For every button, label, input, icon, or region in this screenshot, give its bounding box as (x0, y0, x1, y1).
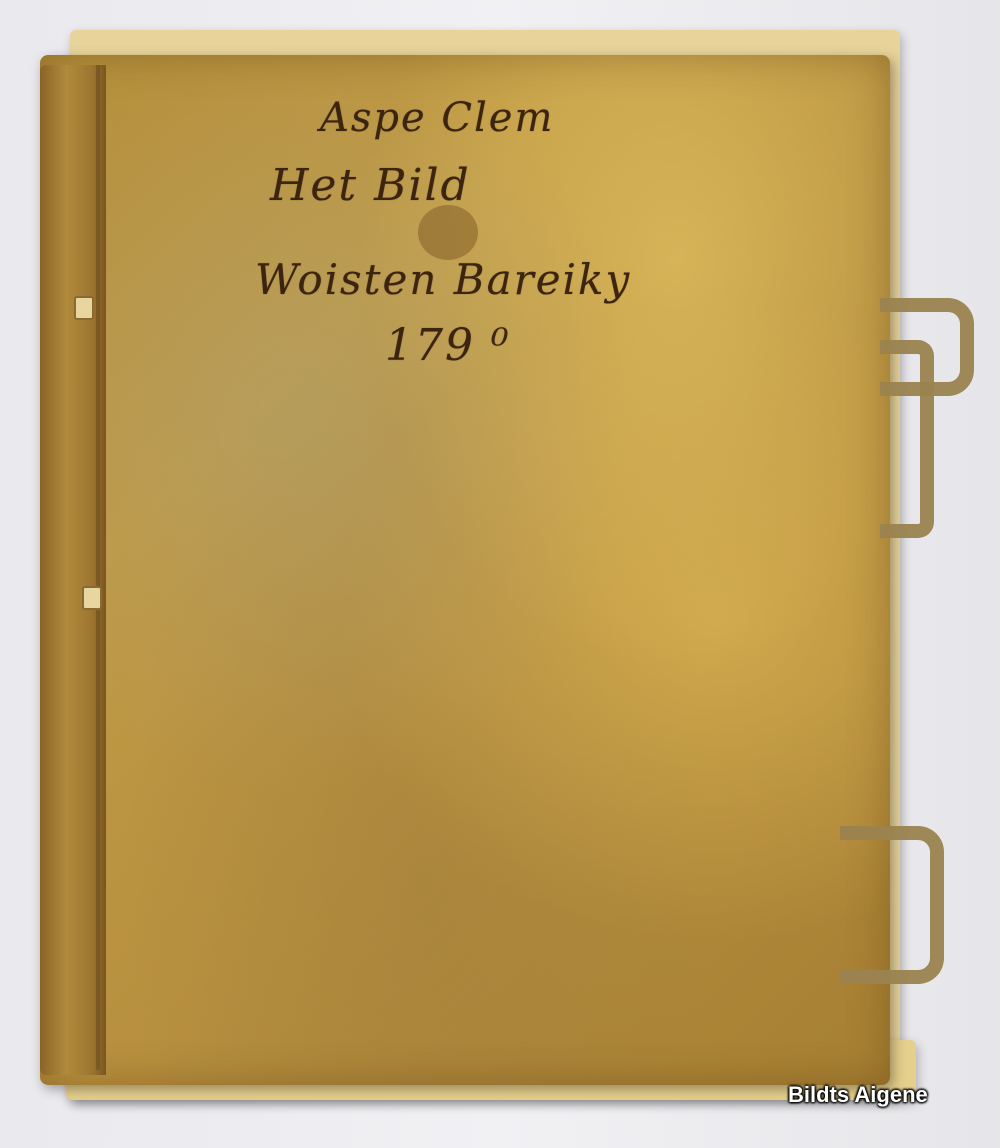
cloth-tie-bottom (840, 826, 944, 984)
binding-hole-bottom (82, 586, 102, 610)
handwritten-year: 179 ⁰ (385, 320, 511, 371)
watermark-text: Bildts Aigene (788, 1082, 928, 1108)
handwritten-line-3: Woisten Bareiky (255, 255, 631, 304)
binding-hole-top (74, 296, 94, 320)
cloth-tie-top-hanging (880, 340, 934, 538)
handwritten-line-1: Aspe Clem (320, 95, 554, 141)
water-stain (418, 205, 478, 260)
book-photo: Aspe Clem Het Bild Woisten Bareiky 179 ⁰… (0, 0, 1000, 1148)
handwritten-line-2: Het Bild (270, 160, 471, 211)
spine-crease (96, 65, 100, 1070)
